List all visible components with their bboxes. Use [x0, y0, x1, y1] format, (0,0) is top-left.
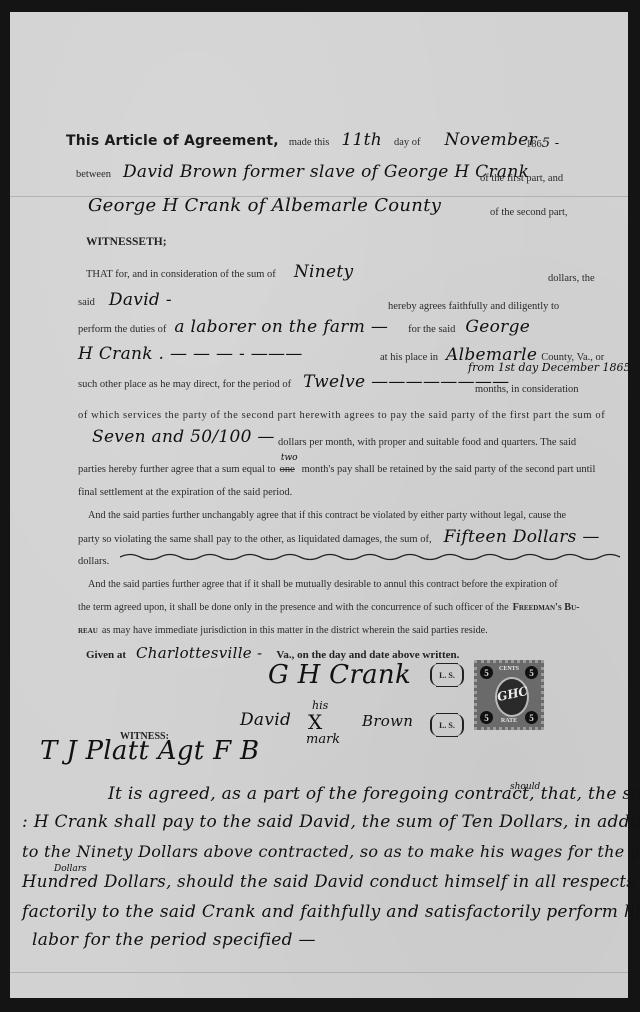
addendum-line-3: to the Ninety Dollars above contracted, … [22, 842, 640, 862]
agreement-title: This Article of Agreement, [66, 133, 279, 149]
duties-line: perform the duties of a laborer on the f… [78, 317, 530, 337]
revenue-stamp: 5 5 5 5 CENTS RATE GHC [474, 660, 544, 730]
year-printed: 186 [526, 139, 542, 150]
agrees-text: hereby agrees faithfully and diligently … [388, 296, 559, 314]
perform-text: perform the duties of [78, 324, 166, 335]
between-label: between [76, 169, 111, 180]
services-line: of which services the party of the secon… [78, 405, 605, 423]
dollars-the-label: dollars, the [548, 268, 595, 286]
annul-line-3: reau as may have immediate jurisdiction … [78, 620, 488, 638]
month-handwritten: November [445, 130, 537, 150]
wage-text: dollars per month, with proper and suita… [278, 432, 576, 450]
day-handwritten: 11th [341, 130, 382, 150]
worker-signature: David [240, 710, 291, 730]
bureau-caps-2: reau [78, 625, 98, 636]
worker-handwritten: David - [109, 290, 172, 310]
employer-handwritten-2: H Crank . — — — - ——— [78, 344, 303, 364]
retain-line: parties hereby further agree that a sum … [78, 459, 595, 477]
place-handwritten: Charlottesville - [136, 644, 262, 662]
addendum-line-1: It is agreed, as a part of the foregoing… [108, 784, 640, 804]
worker-line: said David - [78, 290, 172, 310]
stamp-bottom-text: RATE [477, 718, 541, 724]
day-of-label: day of [394, 137, 421, 148]
retain-insert: two [281, 453, 298, 463]
stamp-top-text: CENTS [477, 666, 541, 672]
wage-line: Seven and 50/100 — [92, 427, 275, 447]
addendum-line-4: Hundred Dollars, should the said David c… [22, 872, 640, 892]
first-part-label: of the first part, and [480, 168, 563, 186]
duties-handwritten: a laborer on the farm — [174, 317, 388, 337]
employer-signature: G H Crank [268, 660, 411, 690]
addendum-line-6: labor for the period specified — [32, 930, 316, 950]
retain-struck: one [280, 464, 295, 475]
dollars-label: dollars. [78, 556, 109, 567]
consideration-line: THAT for, and in consideration of the su… [86, 262, 353, 282]
annul-line-2: the term agreed upon, it shall be done o… [78, 597, 580, 615]
first-party: David Brown former slave of George H Cra… [123, 162, 529, 182]
fill-line-wavy [120, 550, 625, 564]
second-party-line: George H Crank of Albemarle County [88, 195, 441, 216]
worker-first-name: David [240, 710, 291, 730]
wage-handwritten: Seven and 50/100 — [92, 427, 275, 447]
period-text: such other place as he may direct, for t… [78, 379, 291, 390]
dollars-label-line: dollars. [78, 551, 109, 569]
for-the-said: for the said [408, 324, 455, 335]
seal-box-worker: L. S. [430, 714, 464, 736]
seal-box-employer: L. S. [430, 664, 464, 686]
addendum-line-5: factorily to the said Crank and faithful… [22, 902, 640, 922]
second-part-label: of the second part, [490, 202, 568, 220]
period-line: such other place as he may direct, for t… [78, 372, 509, 392]
damages-handwritten: Fifteen Dollars — [444, 527, 600, 547]
witnesseth-heading: WITNESSETH; [86, 232, 167, 250]
sum-handwritten: Ninety [294, 262, 354, 282]
fold-line [10, 972, 628, 973]
worker-last-name: Brown [362, 712, 413, 731]
first-party-line: between David Brown former slave of Geor… [76, 162, 529, 182]
given-at-label: Given at [86, 649, 126, 661]
months-text: months, in consideration [475, 379, 579, 397]
place-line: H Crank . — — — - ——— [78, 344, 303, 364]
settlement-line: final settlement at the expiration of th… [78, 482, 292, 500]
place-text: at his place in [380, 352, 438, 363]
consideration-intro: THAT for, and in consideration of the su… [86, 269, 276, 280]
contract-page: This Article of Agreement, made this 11t… [10, 12, 628, 998]
second-party: George H Crank of Albemarle County [88, 195, 441, 216]
violation-line-2: party so violating the same shall pay to… [78, 527, 600, 547]
violation-line-1: And the said parties further unchangably… [88, 505, 566, 523]
worker-mark-mark: mark [306, 730, 340, 748]
year-handwritten: 5 - [542, 136, 560, 151]
annul-line-1: And the said parties further agree that … [88, 574, 558, 592]
said-label: said [78, 297, 95, 308]
made-this-label: made this [289, 137, 330, 148]
employer-handwritten-1: George [465, 317, 530, 337]
addendum-line-2: : H Crank shall pay to the said David, t… [22, 812, 640, 832]
bureau-caps-1: Freedman's Bu- [513, 602, 580, 613]
year: 1865 - [526, 134, 559, 152]
header-line: This Article of Agreement, made this 11t… [66, 130, 537, 150]
witness-signature: T J Platt Agt F B [40, 736, 259, 766]
